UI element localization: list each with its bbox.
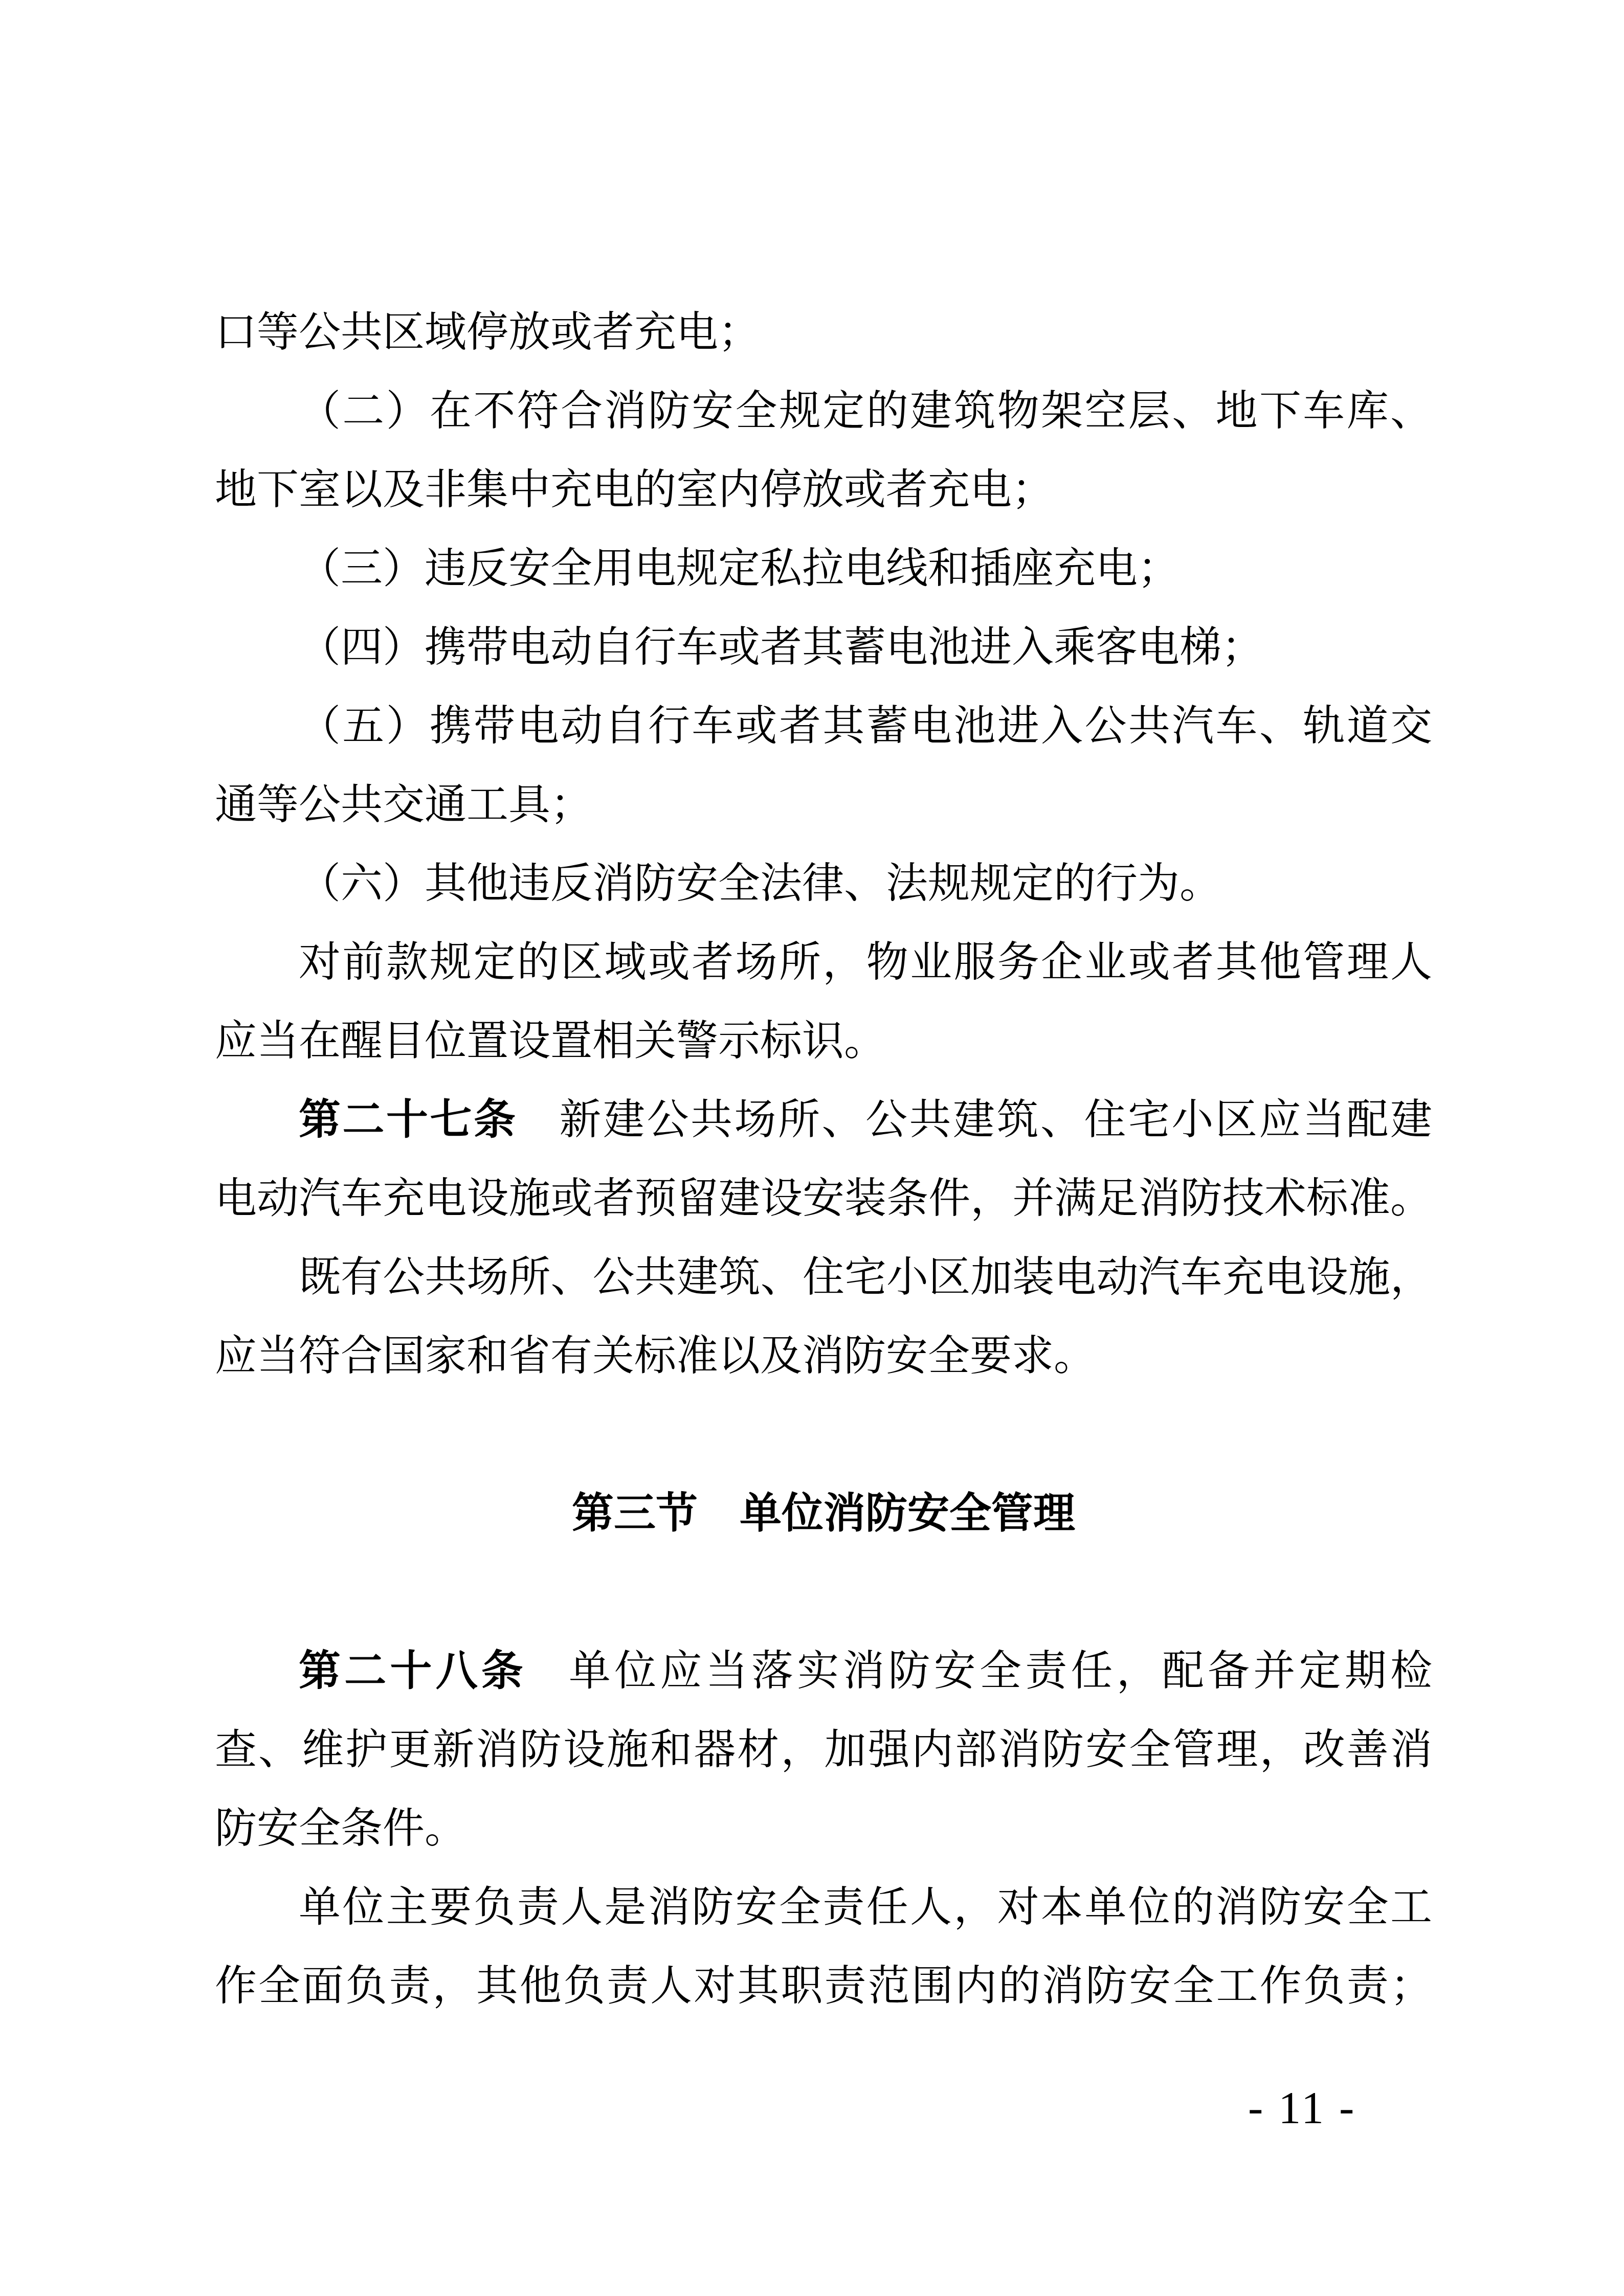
doc-line: 既有公共场所、公共建筑、住宅小区加装电动汽车充电设施，	[215, 1238, 1432, 1317]
doc-line: （三）违反安全用电规定私拉电线和插座充电；	[215, 529, 1432, 608]
doc-line: （二）在不符合消防安全规定的建筑物架空层、地下车库、	[215, 372, 1432, 451]
article-number: 第二十八条	[299, 1648, 527, 1694]
article-number: 第二十七条	[299, 1096, 518, 1143]
document-page: { "document": { "lines_top": [ { "text":…	[0, 0, 1624, 2296]
doc-line: 应当在醒目位置设置相关警示标识。	[215, 1002, 1432, 1081]
blank-line	[215, 1395, 1432, 1474]
doc-line: 防安全条件。	[215, 1789, 1432, 1868]
doc-line: （六）其他违反消防安全法律、法规规定的行为。	[215, 844, 1432, 923]
section-heading: 第三节 单位消防安全管理	[215, 1474, 1432, 1553]
doc-line: 应当符合国家和省有关标准以及消防安全要求。	[215, 1317, 1432, 1395]
doc-line: 作全面负责，其他负责人对其职责范围内的消防安全工作负责；	[215, 1947, 1432, 2025]
doc-line: 单位主要负责人是消防安全责任人，对本单位的消防安全工	[215, 1868, 1432, 1947]
doc-line: 口等公共区域停放或者充电；	[215, 293, 1432, 372]
article-text: 单位应当落实消防安全责任，配备并定期检	[569, 1648, 1432, 1694]
doc-line: 对前款规定的区域或者场所，物业服务企业或者其他管理人	[215, 923, 1432, 1002]
blank-line	[215, 1553, 1432, 1632]
page-number: - 11 -	[1248, 2080, 1356, 2136]
article-text: 新建公共场所、公共建筑、住宅小区应当配建	[560, 1096, 1432, 1143]
document-text-block: 口等公共区域停放或者充电； （二）在不符合消防安全规定的建筑物架空层、地下车库、…	[215, 293, 1432, 2025]
doc-line: 电动汽车充电设施或者预留建设安装条件，并满足消防技术标准。	[215, 1159, 1432, 1238]
doc-line-article-27: 第二十七条新建公共场所、公共建筑、住宅小区应当配建	[215, 1081, 1432, 1159]
doc-line: 查、维护更新消防设施和器材，加强内部消防安全管理，改善消	[215, 1710, 1432, 1789]
doc-line: （四）携带电动自行车或者其蓄电池进入乘客电梯；	[215, 608, 1432, 687]
doc-line: 通等公共交通工具；	[215, 766, 1432, 844]
doc-line: 地下室以及非集中充电的室内停放或者充电；	[215, 451, 1432, 529]
doc-line-article-28: 第二十八条单位应当落实消防安全责任，配备并定期检	[215, 1632, 1432, 1710]
doc-line: （五）携带电动自行车或者其蓄电池进入公共汽车、轨道交	[215, 687, 1432, 766]
